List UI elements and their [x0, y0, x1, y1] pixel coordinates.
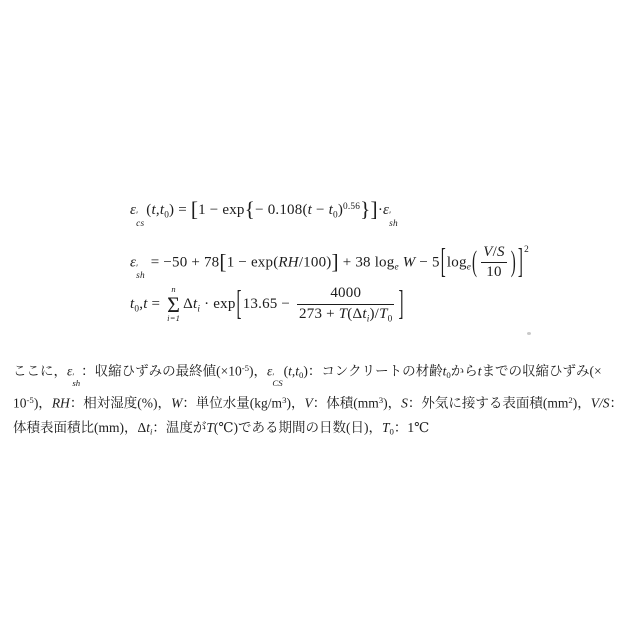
text-run: log	[447, 254, 467, 270]
text-run: 4000	[330, 285, 361, 301]
text-run: から	[451, 363, 478, 378]
temperature-variable: T	[206, 420, 214, 435]
script-part: CS	[272, 380, 282, 387]
volume-surface-ratio-variable: V/S	[591, 395, 610, 410]
scan-artifact	[527, 332, 531, 335]
surface-area-variable: S	[401, 395, 408, 410]
right-bracket: ]	[371, 197, 378, 221]
text-run: -5	[27, 395, 34, 405]
arrhenius-fraction: 4000273 + T(Δti)/T0	[294, 284, 397, 325]
fraction-denominator: 273 + T(Δti)/T0	[297, 304, 394, 325]
text-run: 1 − exp(	[227, 254, 279, 270]
summation-symbol: nΣi=1	[167, 285, 180, 323]
text-run: )，	[286, 395, 304, 410]
formula-block: ε′cs(t,t0) = [1 − exp{− 0.108(t − t0)0.5…	[130, 192, 529, 330]
script-part: sh	[72, 380, 80, 387]
text-run: /100)	[299, 254, 332, 270]
text-run: T	[339, 306, 348, 322]
variable-definitions-paragraph: ここに，ε′sh：収縮ひずみの最終値(×10-5)，ε′CS(t,t0)：コンク…	[13, 356, 633, 445]
text-run: − 0.108(	[255, 202, 308, 218]
definitions-line-3: 体積表面積比(mm)，Δti：温度がT(℃)である期間の日数(日)，T0：1℃	[13, 415, 633, 445]
equation-ultimate-shrinkage-strain: ε′sh = −50 + 78[1 − exp(RH/100)] + 38 lo…	[130, 224, 529, 276]
text-run: ：単位水量(kg/m	[182, 395, 282, 410]
right-brace: }	[360, 197, 370, 221]
relative-humidity-variable: RH	[278, 254, 298, 270]
text-run: 10	[13, 395, 27, 410]
fraction-denominator: 10	[481, 262, 506, 283]
text-run: =	[148, 296, 165, 312]
exponent-056: 0.56	[343, 202, 360, 212]
text-run: 体積表面積比(mm)，	[13, 420, 138, 435]
text-run: 0	[388, 314, 393, 324]
text-run: V	[483, 244, 492, 260]
text-run: )：コンクリートの材齢	[303, 363, 442, 378]
left-brace: {	[245, 197, 255, 221]
delta-symbol: Δ	[183, 296, 193, 312]
text-run: ：	[609, 395, 623, 410]
text-run: = −50 + 78	[147, 254, 220, 270]
text-run: )，	[249, 363, 267, 378]
prime-subscript-sh: ′sh	[72, 373, 80, 388]
text-run: )，	[34, 395, 52, 410]
tall-left-bracket: [	[440, 202, 447, 324]
tall-left-paren: (	[471, 212, 478, 313]
text-run: ここに，	[13, 363, 67, 378]
water-content-variable: W	[171, 395, 182, 410]
volume-variable: V	[304, 395, 312, 410]
text-run: (℃)である期間の日数(日)，	[214, 420, 382, 435]
text-run: )/	[369, 306, 379, 322]
text-run: )，	[383, 395, 401, 410]
text-run: · exp	[200, 296, 235, 312]
text-run: (Δ	[347, 306, 362, 322]
prime-subscript-CS: ′CS	[272, 373, 282, 388]
text-run: ：収縮ひずみの最終値(×10	[81, 363, 242, 378]
text-run: までの収縮ひずみ(×	[482, 363, 602, 378]
right-bracket: ]	[331, 250, 338, 274]
text-run: ：外気に接する表面積(mm	[408, 395, 569, 410]
tall-right-paren: )	[510, 212, 517, 313]
text-run: 10	[486, 264, 501, 280]
tall-left-bracket: [	[236, 243, 243, 365]
fraction-numerator: V/S	[481, 243, 506, 263]
summation-part: i=1	[167, 314, 180, 323]
relative-humidity-variable: RH	[52, 395, 70, 410]
text-run: 273 +	[299, 306, 339, 322]
left-bracket: [	[219, 250, 226, 274]
equation-shrinkage-strain-development: ε′cs(t,t0) = [1 − exp{− 0.108(t − t0)0.5…	[130, 192, 529, 222]
text-run: −	[312, 202, 329, 218]
tall-right-bracket: ]	[517, 202, 524, 324]
tall-right-bracket: ]	[397, 243, 404, 365]
delta-symbol: Δ	[138, 420, 147, 435]
text-run: 1 − exp	[198, 202, 245, 218]
text-run: ：相対湿度(%)，	[70, 395, 171, 410]
squared-exponent: 2	[524, 245, 529, 255]
text-run: − 5	[415, 254, 439, 270]
definitions-line-2: 10-5)，RH：相対湿度(%)，W：単位水量(kg/m3)，V：体積(mm3)…	[13, 388, 633, 415]
left-bracket: [	[191, 197, 198, 221]
text-run: + 38 log	[339, 254, 395, 270]
text-run: T	[379, 306, 388, 322]
equation-temperature-adjusted-age: t0,t = nΣi=1Δti · exp[13.65 − 4000273 + …	[130, 278, 529, 330]
text-run: ) =	[169, 202, 191, 218]
fraction-numerator: 4000	[297, 284, 394, 304]
text-run: ：1℃	[394, 420, 429, 435]
text-run: -5	[242, 363, 249, 373]
text-run: )，	[573, 395, 591, 410]
text-run: S	[497, 244, 505, 260]
text-run: T	[382, 420, 390, 435]
text-run: ：体積(mm	[313, 395, 379, 410]
text-run: 13.65 −	[243, 296, 294, 312]
vs-over-10-fraction: V/S10	[478, 243, 509, 283]
summation-part: Σ	[167, 295, 180, 315]
scanned-document-page: ε′cs(t,t0) = [1 − exp{− 0.108(t − t0)0.5…	[0, 0, 640, 640]
definitions-line-1: ここに，ε′sh：収縮ひずみの最終値(×10-5)，ε′CS(t,t0)：コンク…	[13, 356, 633, 388]
text-run: ：温度が	[152, 420, 206, 435]
